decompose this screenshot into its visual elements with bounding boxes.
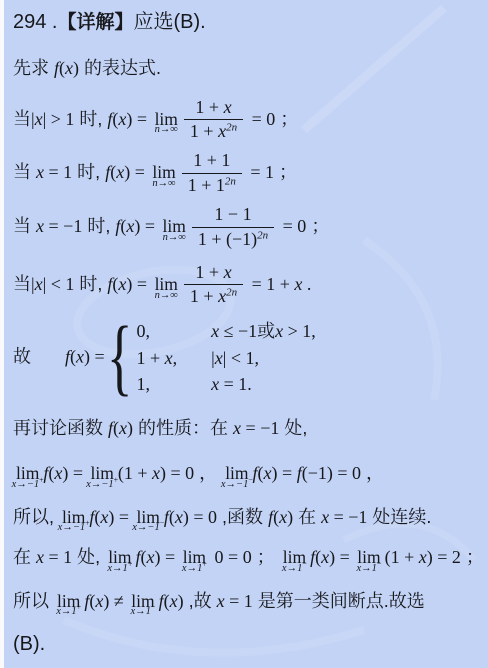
math-run: x (419, 547, 427, 567)
denominator: 1 + (−1)2n (192, 228, 274, 250)
math-run: ) = 2 (427, 547, 461, 567)
math-run: . (302, 274, 311, 294)
math-run: x (147, 547, 155, 567)
line-piecewise-definition: 故f(x) = {0,x ≤ −1或x > 1,1 + x,|x| < 1,1,… (13, 319, 482, 399)
limit-subscript-base: n→∞ (152, 178, 175, 189)
limit-subscript: x→1− (282, 564, 307, 575)
math-run: x (275, 321, 283, 341)
math-run: ) = (84, 346, 109, 366)
limit-subscript-base: n→∞ (155, 290, 178, 301)
math-run: 0 = 0 (210, 547, 252, 567)
math-run: = 1 (246, 162, 274, 182)
math-run: | < 1, (223, 348, 259, 368)
math-run: x (321, 547, 329, 567)
limit-subscript-sign: + (39, 475, 44, 484)
math-run: 1 + 1 (193, 150, 230, 170)
limit-subscript-base: x→−1 (12, 479, 40, 490)
piecewise-cases: {0,x ≤ −1或x > 1,1 + x,|x| < 1,1,x = 1. (109, 319, 316, 399)
solution-lines: 294 .【详解】应选(B).先求 f(x) 的表达式.当|x| > 1 时, … (13, 9, 482, 658)
math-run: = −1 (329, 507, 367, 527)
line-case-abs-lt-1: 当|x| < 1 时, f(x) = limn→∞1 + x1 + x2n = … (13, 262, 482, 311)
text-run: 所以, (13, 507, 59, 527)
limit-subscript: n→∞ (155, 125, 178, 136)
math-run: (1 + (118, 463, 152, 483)
numerator: 1 + 1 (182, 150, 242, 173)
limit-subscript-sign: + (202, 559, 207, 568)
math-run: | > 1 (43, 109, 75, 129)
limit: limx→1− (357, 546, 380, 570)
math-run: x (152, 463, 160, 483)
math-run: x (36, 547, 44, 567)
text-run: 的性质：在 (133, 418, 233, 438)
math-run: ) = (124, 162, 149, 182)
text-run: 当 (13, 162, 36, 182)
limit-subscript-sign: + (128, 559, 133, 568)
limit: limx→−1− (137, 506, 160, 530)
math-run: = 1 + (247, 274, 294, 294)
text-run: 所以 (13, 591, 54, 611)
math-run: 1 − 1 (214, 204, 251, 224)
limit: limn→∞ (152, 161, 175, 185)
limit: limx→1+ (108, 546, 131, 570)
left-brace: { (107, 319, 133, 395)
case-condition: x = 1. (211, 374, 316, 396)
limit-subscript: x→−1+ (86, 480, 118, 491)
text-run: ， (194, 463, 222, 483)
text-run: 当 (13, 274, 31, 294)
math-run: x (264, 463, 272, 483)
text-run: ； (461, 547, 484, 567)
text-run: 【详解】 (57, 12, 133, 33)
text-run: 当 (13, 216, 36, 236)
exponent: 2n (225, 175, 236, 187)
math-run: x (211, 374, 219, 394)
text-run: 在 (293, 507, 321, 527)
math-run: 0, (136, 321, 150, 341)
math-run: ) = (62, 463, 87, 483)
math-run: x (218, 286, 226, 306)
math-run: = 0 (247, 109, 275, 129)
limit-subscript: x→1− (130, 607, 155, 618)
limit: limx→−1+ (62, 506, 85, 530)
limit-subscript: x→1+ (107, 564, 132, 575)
math-run: = 0 (278, 216, 306, 236)
fraction: 1 − 11 + (−1)2n (192, 204, 274, 250)
math-run: ) = (126, 274, 151, 294)
math-run: (1 + (385, 547, 419, 567)
limit-subscript-base: x→−1 (132, 522, 160, 533)
limit: limx→1+ (183, 546, 206, 570)
exponent: 2n (257, 229, 268, 241)
math-run: = 1 (44, 162, 72, 182)
math-run: ) = (126, 109, 151, 129)
limit-subscript-base: n→∞ (163, 232, 186, 243)
text-run: 或 (257, 321, 275, 341)
line-case-x-eq-minus-1: 当 x = −1 时, f(x) = limn→∞1 − 11 + (−1)2n… (13, 204, 482, 253)
text-run: 是第一类间断点.故选 (253, 591, 425, 611)
math-run: 1 + (190, 121, 218, 141)
fraction: 1 + x1 + x2n (184, 97, 243, 143)
text-run: ； (274, 162, 297, 182)
math-run: 1 + (−1) (198, 229, 257, 249)
line-discontinuity-at-1: 所以 limx→1+f(x) ≠ limx→1−f(x) ,故 x = 1 是第… (13, 589, 482, 614)
math-run: x (116, 162, 124, 182)
text-run: 在 (13, 547, 36, 567)
text-run: 处连续. (367, 507, 431, 527)
math-run: ) ≠ (103, 591, 128, 611)
line-final-answer: (B). (13, 631, 482, 658)
fraction: 1 + 11 + 12n (182, 150, 242, 196)
limit-subscript: x→1+ (56, 607, 81, 618)
math-run: x (224, 97, 232, 117)
math-run: ) = (134, 216, 159, 236)
math-run: ) = (108, 507, 133, 527)
limit-subscript: n→∞ (152, 179, 175, 190)
line-continuity-at-minus-1: 所以, limx→−1+f(x) = limx→−1−f(x) = 0 ,函数 … (13, 505, 482, 530)
limit-subscript-sign: − (248, 475, 253, 484)
limit-subscript-sign: + (85, 519, 90, 528)
limit-subscript-base: n→∞ (155, 124, 178, 135)
math-run: > 1, (283, 321, 316, 341)
text-run: 再讨论函数 (13, 418, 108, 438)
text-run: 时, (74, 274, 107, 294)
limit-subscript-sign: − (377, 559, 382, 568)
case-value: 1 + x, (136, 348, 177, 370)
limit-subscript: n→∞ (163, 233, 186, 244)
numerator: 1 + x (184, 97, 243, 120)
limit-subscript-base: x→−1 (58, 522, 86, 533)
text-run: ,故 (184, 591, 217, 611)
math-run: ) = 0 (160, 463, 194, 483)
text-run: 应选(B). (134, 11, 206, 33)
math-run: x (215, 348, 223, 368)
math-run: ) = (272, 463, 297, 483)
limit: limx→−1+ (16, 462, 39, 486)
limit-subscript-base: x→1 (107, 563, 127, 574)
limit-subscript-sign: − (302, 559, 307, 568)
denominator: 1 + x2n (184, 120, 243, 142)
limit-subscript-sign: − (151, 603, 156, 612)
line-answer-header: 294 .【详解】应选(B). (13, 9, 482, 36)
line-case-abs-gt-1: 当|x| > 1 时, f(x) = limn→∞1 + x1 + x2n = … (13, 97, 482, 146)
math-run: x (119, 418, 127, 438)
line-intro: 先求 f(x) 的表达式. (13, 56, 482, 81)
math-run: x (35, 274, 43, 294)
limit-subscript-base: x→1 (56, 606, 76, 617)
limit: limx→−1− (225, 462, 248, 486)
math-run: 1 + 1 (188, 175, 225, 195)
limit-subscript: x→−1− (132, 523, 164, 534)
solution-document: 294 .【详解】应选(B).先求 f(x) 的表达式.当|x| > 1 时, … (0, 0, 488, 668)
text-run: ， (361, 463, 384, 483)
text-run: (B). (13, 633, 45, 655)
exponent: 2n (226, 122, 237, 134)
math-run: , (173, 348, 178, 368)
math-run: x (218, 121, 226, 141)
math-run: x (170, 591, 178, 611)
limit: limx→1− (283, 546, 306, 570)
text-run: ； (275, 109, 298, 129)
text-run: 当 (13, 109, 31, 129)
limit-subscript-base: x→−1 (221, 479, 249, 490)
limit-subscript-sign: + (77, 603, 82, 612)
math-run: x (36, 162, 44, 182)
math-run: x (65, 58, 73, 78)
math-run: ≤ −1 (219, 321, 257, 341)
text-run: 的表达式. (79, 58, 161, 78)
math-run: x (175, 507, 183, 527)
text-run: 时, (72, 162, 105, 182)
math-run: x (76, 346, 84, 366)
math-run: 1 + (195, 262, 223, 282)
limit: limn→∞ (155, 273, 178, 297)
case-condition: |x| < 1, (211, 348, 316, 370)
limit: limn→∞ (155, 108, 178, 132)
text-run: ； (252, 547, 280, 567)
limit-subscript-base: x→−1 (86, 479, 114, 490)
limit-subscript: x→−1+ (12, 480, 44, 491)
math-run: 1 + (195, 97, 223, 117)
math-run: x (211, 321, 219, 341)
math-run: x (321, 507, 329, 527)
math-run: ) = (329, 547, 354, 567)
math-run: = 1 (44, 547, 72, 567)
math-run: x (233, 418, 241, 438)
limit: limx→−1+ (91, 462, 114, 486)
limit-subscript-sign: + (114, 475, 119, 484)
text-run: ； (306, 216, 329, 236)
math-run: 1 + (136, 348, 164, 368)
limit: limx→1− (131, 590, 154, 614)
math-run: x (224, 262, 232, 282)
denominator: 1 + 12n (182, 174, 242, 196)
line-case-x-eq-1: 当 x = 1 时, f(x) = limn→∞1 + 11 + 12n = 1… (13, 150, 482, 199)
line-property-discussion: 再讨论函数 f(x) 的性质：在 x = −1 处, (13, 416, 482, 441)
math-run: x (36, 216, 44, 236)
math-run: | < 1 (43, 274, 75, 294)
line-limits-at-1: 在 x = 1 处, limx→1+f(x) = limx→1+ 0 = 0 ；… (13, 545, 482, 570)
limit-subscript-base: x→1 (182, 563, 202, 574)
math-run: = −1 (44, 216, 82, 236)
line-limits-at-minus-1: limx→−1+f(x) = limx→−1+(1 + x) = 0 ， lim… (13, 461, 482, 486)
numerator: 1 + x (184, 262, 243, 285)
text-run: 先求 (13, 58, 54, 78)
limit-subscript-base: x→1 (130, 606, 150, 617)
math-run: x (35, 109, 43, 129)
math-run: (−1) = 0 (302, 463, 361, 483)
case-value: 1, (136, 374, 177, 396)
math-run: x (279, 507, 287, 527)
limit: limn→∞ (163, 215, 186, 239)
math-run: = −1 (241, 418, 279, 438)
limit-subscript: x→−1+ (58, 523, 90, 534)
denominator: 1 + x2n (184, 285, 243, 307)
text-run: 294 . (13, 11, 57, 33)
case-condition: x ≤ −1或x > 1, (211, 321, 316, 343)
limit-subscript: x→1− (356, 564, 381, 575)
text-run: 处, (72, 547, 105, 567)
numerator: 1 − 1 (192, 204, 274, 227)
case-value: 0, (136, 321, 177, 343)
math-run: ) = 0 (183, 507, 217, 527)
limit-subscript-sign: − (160, 519, 165, 528)
fraction: 1 + x1 + x2n (184, 262, 243, 308)
limit: limx→1+ (57, 590, 80, 614)
limit-subscript: x→1+ (182, 564, 207, 575)
math-run: x (165, 348, 173, 368)
cases-rows: 0,x ≤ −1或x > 1,1 + x,|x| < 1,1,x = 1. (136, 321, 315, 396)
limit-subscript: x→−1− (221, 480, 253, 491)
text-run: ,函数 (217, 507, 268, 527)
limit-subscript-base: x→1 (282, 563, 302, 574)
math-run: x (217, 591, 225, 611)
math-run: = 1 (225, 591, 253, 611)
math-run: ) = (155, 547, 180, 567)
limit-subscript: n→∞ (155, 291, 178, 302)
math-run: = 1. (219, 374, 252, 394)
text-run: 故 (13, 346, 31, 366)
text-run: 处, (279, 418, 307, 438)
text-run: 时, (74, 109, 107, 129)
limit-subscript-base: x→1 (356, 563, 376, 574)
exponent: 2n (226, 287, 237, 299)
text-run: 时, (82, 216, 115, 236)
math-run: 1, (136, 374, 150, 394)
math-run: 1 + (190, 286, 218, 306)
